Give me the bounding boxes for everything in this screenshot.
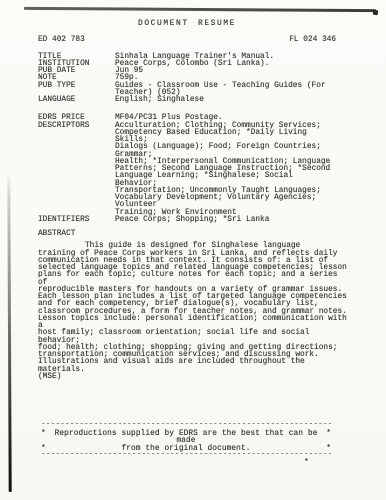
field-value-identifiers: Peace Corps; Shopping; *Sri Lanka (115, 217, 336, 224)
field-label-identifiers: IDENTIFIERS (38, 217, 115, 224)
notice-line-1: * Reproductions supplied by EDRS are the… (41, 431, 331, 446)
abstract-text: This guide is designed for Singhalese la… (38, 243, 350, 381)
bibliographic-fields: TITLE Sinhala Language Trainer's Manual.… (38, 54, 336, 105)
document-resume-heading: DOCUMENT RESUME (38, 20, 336, 27)
field-row-institution: INSTITUTION Peace Corps, Colombo (Sri La… (38, 61, 336, 68)
identifier-row: ED 402 783 FL 024 346 (38, 37, 336, 44)
field-row-descriptors: DESCRIPTORS Acculturation; Clothing; Com… (38, 123, 336, 217)
scan-artifact-stray-asterisk: * (304, 459, 309, 466)
field-row-language: LANGUAGE English; Singhalese (38, 97, 336, 104)
scanned-document-page: DOCUMENT RESUME ED 402 783 FL 024 346 TI… (0, 0, 386, 500)
notice-text-2: from the original document. (46, 446, 326, 454)
asterisk-divider-bottom: ****************************************… (41, 453, 331, 461)
field-label-language: LANGUAGE (38, 97, 115, 104)
field-row-pub-type: PUB TYPE Guides - Classroom Use - Teachi… (38, 83, 336, 98)
field-row-pub-date: PUB DATE Jun 95 (38, 68, 336, 75)
field-value-descriptors: Acculturation; Clothing; Community Servi… (115, 123, 336, 217)
indexing-fields: EDRS PRICE MF04/PC31 Plus Postage. DESCR… (38, 115, 336, 224)
field-row-identifiers: IDENTIFIERS Peace Corps; Shopping; *Sri … (38, 217, 336, 224)
scan-artifact-left-edge-line (7, 172, 12, 492)
field-value-institution: Peace Corps, Colombo (Sri Lanka). (115, 61, 336, 68)
edrs-reproduction-notice: ****************************************… (41, 423, 331, 461)
field-label-descriptors: DESCRIPTORS (38, 123, 115, 130)
document-content: DOCUMENT RESUME ED 402 783 FL 024 346 TI… (38, 20, 336, 381)
scan-artifact-top-line (24, 7, 376, 12)
right-asterisk: * (326, 446, 331, 454)
field-value-pub-date: Jun 95 (115, 68, 336, 75)
fl-number: FL 024 346 (289, 37, 336, 44)
field-value-pub-type: Guides - Classroom Use - Teaching Guides… (115, 83, 336, 98)
ed-number: ED 402 783 (38, 37, 85, 44)
field-label-pub-type: PUB TYPE (38, 83, 115, 90)
field-value-language: English; Singhalese (115, 97, 336, 104)
notice-line-2: * from the original document. * (41, 446, 331, 454)
abstract-heading: ABSTRACT (38, 231, 336, 238)
right-asterisk: * (326, 431, 331, 446)
notice-text-1: Reproductions supplied by EDRS are the b… (46, 431, 326, 446)
scan-artifact-top-line-end (373, 10, 379, 16)
